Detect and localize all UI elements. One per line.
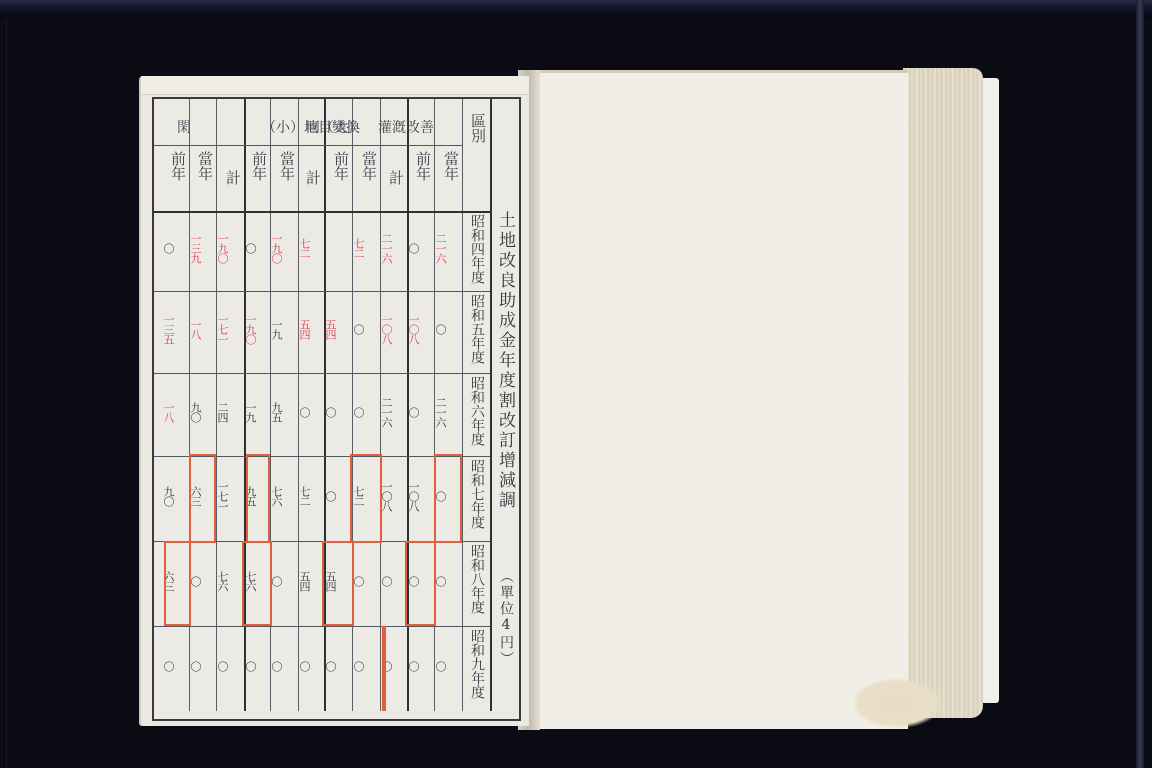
- table-cell: 七六: [244, 541, 270, 626]
- table-cell: 〇: [407, 626, 434, 711]
- table-cell: 一八: [189, 291, 216, 373]
- left-page: 閑（小）地目變換同（大）灌漑改善區別當年前年計當年前年計當年前年計當年前年昭和四…: [141, 76, 529, 726]
- table-cell: 五四: [324, 291, 352, 373]
- table-cell: 五四: [298, 291, 324, 373]
- table-cell: [324, 211, 352, 291]
- table-cell: 一〇八: [380, 456, 407, 541]
- table-cell: 七二: [298, 456, 324, 541]
- table-cell: 六三: [162, 541, 189, 626]
- table-cell: 〇: [270, 626, 298, 711]
- column-header: 前年: [244, 151, 270, 207]
- table-cell: 九五: [244, 456, 270, 541]
- table-cell: 〇: [162, 626, 189, 711]
- table-cell: 一七一: [216, 291, 244, 373]
- table-cell: 〇: [380, 541, 407, 626]
- table-cell: 一七一: [216, 456, 244, 541]
- table-cell: 〇: [324, 626, 352, 711]
- ledger-table: 閑（小）地目變換同（大）灌漑改善區別當年前年計當年前年計當年前年計當年前年昭和四…: [152, 97, 521, 721]
- page-block-edges: [903, 68, 983, 718]
- table-cell: 〇: [298, 373, 324, 456]
- table-cell: 五四: [298, 541, 324, 626]
- column-header: 當年: [270, 151, 298, 207]
- table-cell: 一九: [270, 291, 298, 373]
- table-cell: 〇: [434, 291, 462, 373]
- table-cell: 〇: [407, 373, 434, 456]
- table-cell: 七二: [352, 211, 380, 291]
- group-header-3: 閑: [177, 117, 191, 137]
- column-header: 前年: [407, 151, 434, 207]
- table-cell: 二一六: [434, 373, 462, 456]
- row-header-label: 區別: [467, 113, 489, 203]
- table-cell: 〇: [216, 626, 244, 711]
- table-cell: 二一六: [380, 373, 407, 456]
- table-cell: 一〇八: [380, 291, 407, 373]
- table-cell: 一〇八: [407, 456, 434, 541]
- table-cell: 〇: [324, 456, 352, 541]
- column-header: 計: [298, 157, 324, 197]
- document-title: 土地改良助成金年度割改訂增減調: [495, 211, 514, 511]
- table-cell: 二一六: [434, 211, 462, 291]
- table-cell: 〇: [298, 626, 324, 711]
- column-header: 前年: [162, 151, 189, 207]
- column-header: 前年: [324, 151, 352, 207]
- group-header-line: [154, 145, 462, 146]
- table-cell: 一〇八: [407, 291, 434, 373]
- year-label: 昭和九年度: [466, 629, 488, 708]
- year-label: 昭和五年度: [466, 294, 488, 370]
- table-cell: 一三九: [189, 211, 216, 291]
- grid-vline: [490, 99, 492, 711]
- table-cell: 二一六: [380, 211, 407, 291]
- water-stain: [852, 678, 942, 728]
- table-cell: 七六: [216, 541, 244, 626]
- table-cell: 一九〇: [270, 211, 298, 291]
- table-cell: 五四: [324, 541, 352, 626]
- table-cell: 二四: [216, 373, 244, 456]
- column-header: 計: [380, 157, 407, 197]
- table-cell: 〇: [352, 373, 380, 456]
- table-cell: 九〇: [189, 373, 216, 456]
- table-cell: 九五: [270, 373, 298, 456]
- year-label: 昭和八年度: [466, 544, 488, 623]
- table-cell: 七六: [270, 456, 298, 541]
- table-cell: 〇: [189, 541, 216, 626]
- table-cell: 〇: [189, 626, 216, 711]
- unit-label: （單位4円）: [496, 569, 516, 667]
- backdrop-right-rail: [1136, 0, 1144, 768]
- table-cell: 〇: [352, 626, 380, 711]
- table-cell: 〇: [434, 541, 462, 626]
- table-cell: 〇: [244, 211, 270, 291]
- table-cell: 〇: [434, 626, 462, 711]
- table-cell: 〇: [434, 456, 462, 541]
- table-cell: 一八: [162, 373, 189, 456]
- table-cell: 〇: [407, 541, 434, 626]
- year-label: 昭和七年度: [466, 459, 488, 538]
- group-header-0: 灌漑改善: [378, 117, 434, 137]
- column-header: 計: [216, 157, 244, 197]
- column-header: 當年: [189, 151, 216, 207]
- grid-vline: [462, 99, 463, 711]
- table-cell: 七二: [298, 211, 324, 291]
- backdrop-top-edge: [0, 0, 1152, 18]
- group-header-1: 同（大）: [306, 117, 362, 137]
- year-label: 昭和六年度: [466, 376, 488, 453]
- column-header: 當年: [352, 151, 380, 207]
- table-cell: 一三五: [162, 291, 189, 373]
- table-cell: 六三: [189, 456, 216, 541]
- table-cell: 〇: [352, 291, 380, 373]
- table-cell: 〇: [380, 626, 407, 711]
- table-cell: 一九: [244, 373, 270, 456]
- table-cell: 〇: [352, 541, 380, 626]
- table-cell: 九〇: [162, 456, 189, 541]
- table-cell: 〇: [407, 211, 434, 291]
- column-header: 當年: [434, 151, 462, 207]
- table-cell: 一九〇: [216, 211, 244, 291]
- table-cell: 七二: [352, 456, 380, 541]
- year-label: 昭和四年度: [466, 214, 488, 288]
- table-cell: 一九〇: [244, 291, 270, 373]
- page-top-margin: [141, 76, 529, 95]
- table-cell: 〇: [162, 211, 189, 291]
- right-page-blank: [530, 70, 908, 729]
- table-cell: 〇: [244, 626, 270, 711]
- table-cell: 〇: [270, 541, 298, 626]
- table-cell: 〇: [324, 373, 352, 456]
